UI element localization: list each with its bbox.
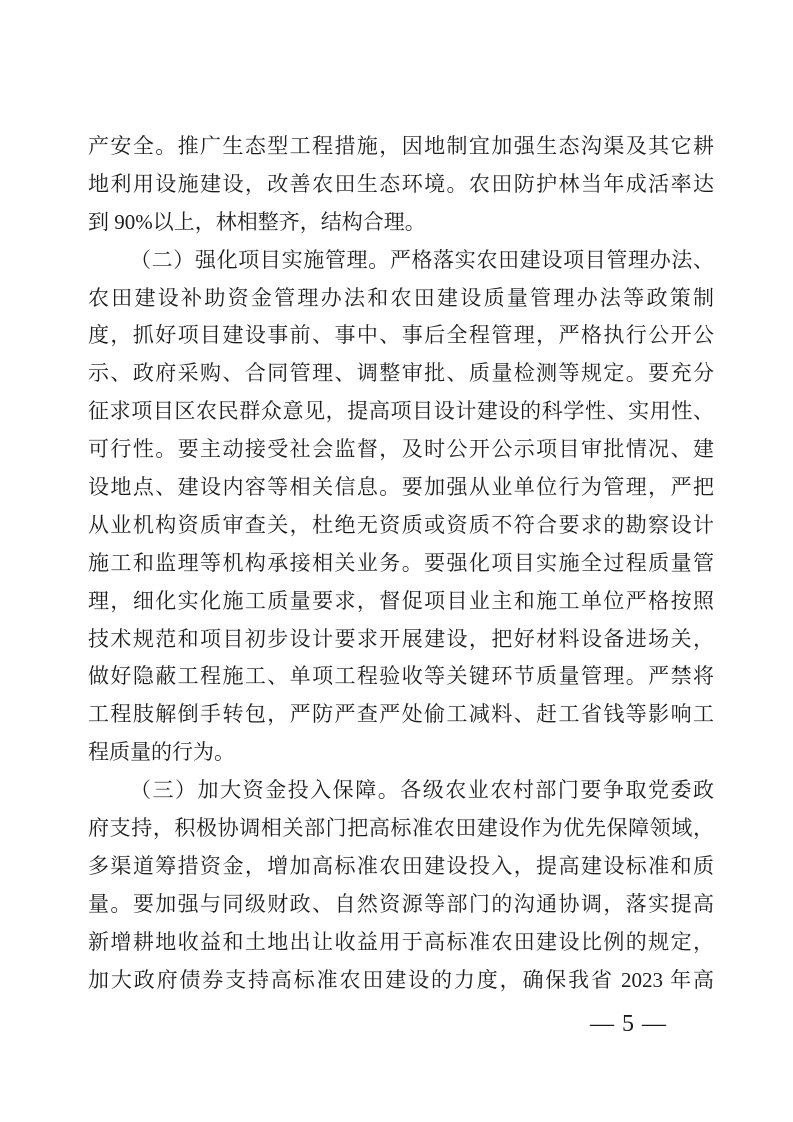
text-line: 施工和监理等机构承接相关业务。要强化项目实施全过程质量管 (88, 545, 714, 583)
text-line: 从业机构资质审查关，杜绝无资质或资质不符合要求的勘察设计 (88, 507, 714, 545)
text-line: 多渠道筹措资金，增加高标准农田建设投入，提高建设标准和质 (88, 848, 714, 886)
text-line: 度，抓好项目建设事前、事中、事后全程管理，严格执行公开公 (88, 317, 714, 355)
text-line: 到 90%以上，林相整齐，结构合理。 (88, 204, 714, 242)
text-line: 产安全。推广生态型工程措施，因地制宜加强生态沟渠及其它耕 (88, 128, 714, 166)
text-line: 征求项目区农民群众意见，提高项目设计建设的科学性、实用性、 (88, 393, 714, 431)
document-page: 产安全。推广生态型工程措施，因地制宜加强生态沟渠及其它耕 地利用设施建设，改善农… (0, 0, 793, 1122)
paragraph-2: （二）强化项目实施管理。严格落实农田建设项目管理办法、 农田建设补助资金管理办法… (88, 242, 714, 772)
text-line: 农田建设补助资金管理办法和农田建设质量管理办法等政策制 (88, 280, 714, 318)
text-line: 府支持，积极协调相关部门把高标准农田建设作为优先保障领域， (88, 810, 714, 848)
page-number: — 5 — (590, 1010, 667, 1038)
text-line: 技术规范和项目初步设计要求开展建设，把好材料设备进场关， (88, 621, 714, 659)
text-line: 程质量的行为。 (88, 734, 714, 772)
text-line: 工程肢解倒手转包，严防严查严处偷工减料、赶工省钱等影响工 (88, 696, 714, 734)
text-block: 产安全。推广生态型工程措施，因地制宜加强生态沟渠及其它耕 地利用设施建设，改善农… (88, 128, 714, 999)
paragraph-3: （三）加大资金投入保障。各级农业农村部门要争取党委政 府支持，积极协调相关部门把… (88, 772, 714, 999)
text-line: 加大政府债券支持高标准农田建设的力度，确保我省 2023 年高 (88, 962, 714, 1000)
text-line: 新增耕地收益和土地出让收益用于高标准农田建设比例的规定， (88, 924, 714, 962)
paragraph-1: 产安全。推广生态型工程措施，因地制宜加强生态沟渠及其它耕 地利用设施建设，改善农… (88, 128, 714, 242)
text-line: 理，细化实化施工质量要求，督促项目业主和施工单位严格按照 (88, 583, 714, 621)
text-line: 示、政府采购、合同管理、调整审批、质量检测等规定。要充分 (88, 355, 714, 393)
text-line: 设地点、建设内容等相关信息。要加强从业单位行为管理，严把 (88, 469, 714, 507)
text-line: （二）强化项目实施管理。严格落实农田建设项目管理办法、 (88, 242, 714, 280)
text-line: 量。要加强与同级财政、自然资源等部门的沟通协调，落实提高 (88, 886, 714, 924)
text-line: （三）加大资金投入保障。各级农业农村部门要争取党委政 (88, 772, 714, 810)
text-line: 地利用设施建设，改善农田生态环境。农田防护林当年成活率达 (88, 166, 714, 204)
text-line: 做好隐蔽工程施工、单项工程验收等关键环节质量管理。严禁将 (88, 658, 714, 696)
text-line: 可行性。要主动接受社会监督，及时公开公示项目审批情况、建 (88, 431, 714, 469)
